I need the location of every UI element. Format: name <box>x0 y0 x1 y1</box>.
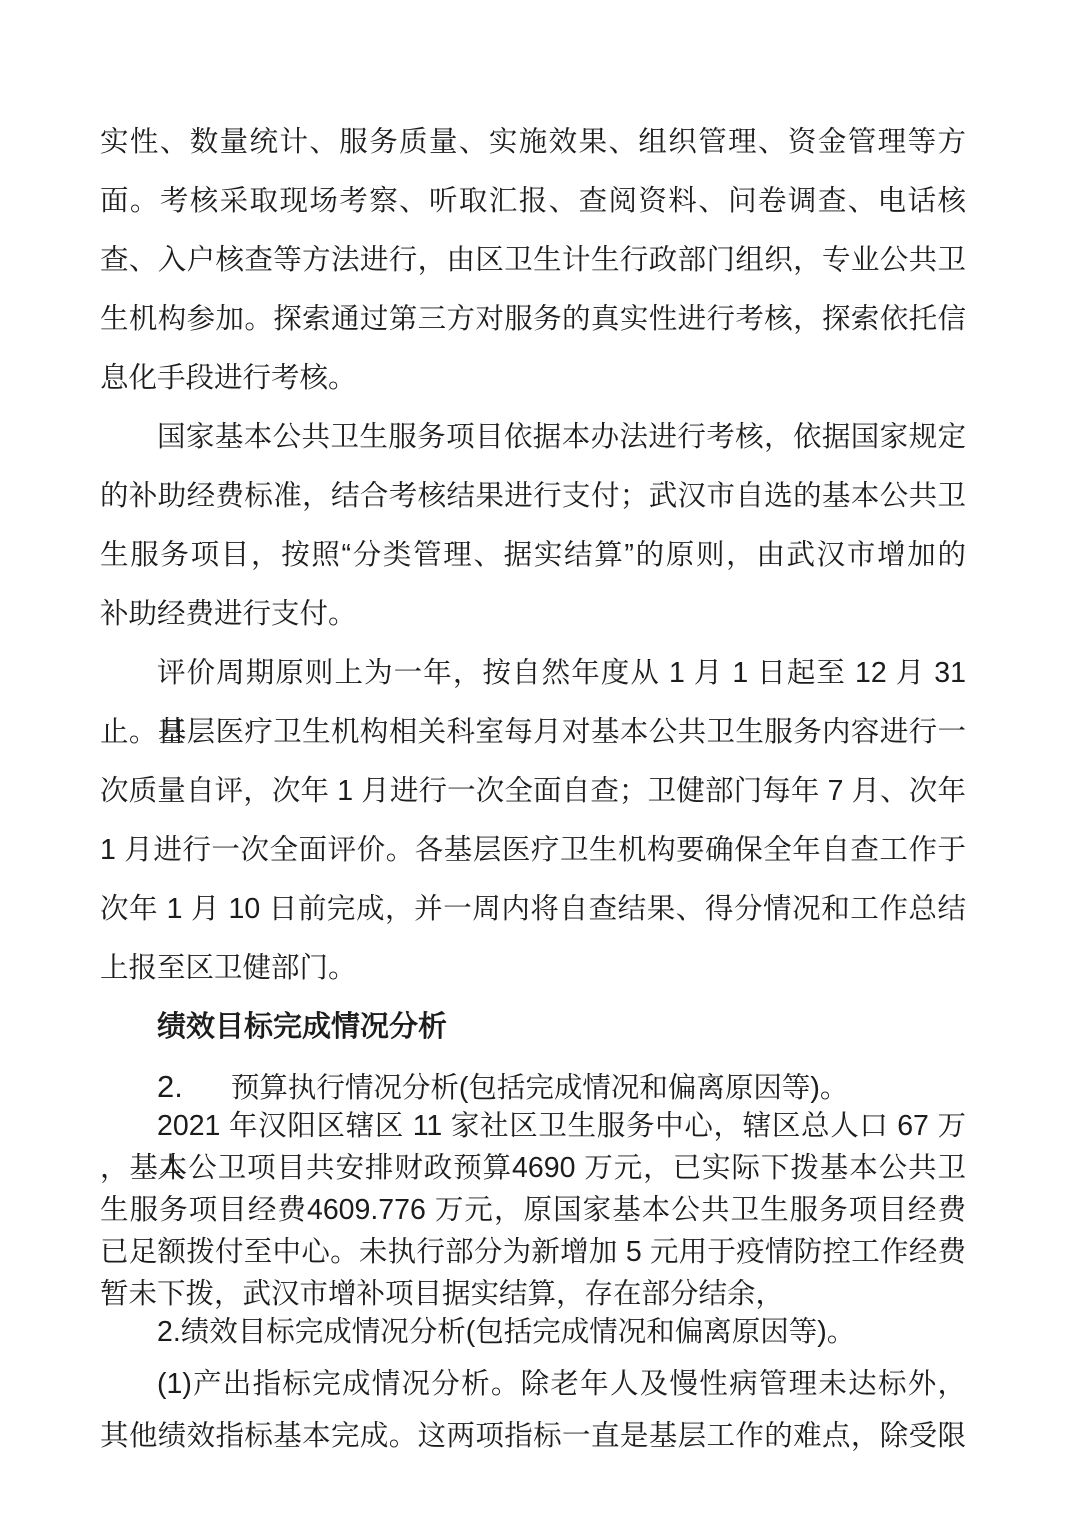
performance-target-section: 2.绩效目标完成情况分析(包括完成情况和偏离原因等)。(1)产出指标完成情况分析… <box>100 1306 966 1462</box>
text-line: 息化手段进行考核。 <box>100 349 966 408</box>
text-line: 1 月进行一次全面评价。各基层医疗卫生机构要确保全年自查工作于 <box>100 821 966 880</box>
budget-execution-section: 2021 年汉阳区辖区 11 家社区卫生服务中心，辖区总人口 67 万人，基本公… <box>100 1105 966 1315</box>
text-line: 生服务项目经费4609.776 万元，原国家基本公共卫生服务项目经费 <box>100 1189 966 1231</box>
text-line: 实性、数量统计、服务质量、实施效果、组织管理、资金管理等方 <box>100 113 966 172</box>
text-line: 已足额拨付至中心。未执行部分为新增加 5 元用于疫情防控工作经费 <box>100 1231 966 1273</box>
text-line: 生服务项目，按照“分类管理、据实结算”的原则，由武汉市增加的 <box>100 526 966 585</box>
text-line: (1)产出指标完成情况分析。除老年人及慢性病管理未达标外， <box>100 1358 966 1410</box>
text-line: 次质量自评，次年 1 月进行一次全面自查；卫健部门每年 7 月、次年 <box>100 762 966 821</box>
text-line: 次年 1 月 10 日前完成，并一周内将自查结果、得分情况和工作总结 <box>100 880 966 939</box>
text-line: 的补助经费标准，结合考核结果进行支付；武汉市自选的基本公共卫 <box>100 467 966 526</box>
text-line: 评价周期原则上为一年，按自然年度从 1 月 1 日起至 12 月 31 日 <box>100 644 966 703</box>
text-line: 其他绩效指标基本完成。这两项指标一直是基层工作的难点，除受限 <box>100 1410 966 1462</box>
text-line: 2.绩效目标完成情况分析(包括完成情况和偏离原因等)。 <box>100 1306 966 1358</box>
text-line: 止。基层医疗卫生机构相关科室每月对基本公共卫生服务内容进行一 <box>100 703 966 762</box>
text-line: 面。考核采取现场考察、听取汇报、查阅资料、问卷调查、电话核 <box>100 172 966 231</box>
text-line: ，基本公卫项目共安排财政预算4690 万元，已实际下拨基本公共卫 <box>100 1147 966 1189</box>
text-line: 2021 年汉阳区辖区 11 家社区卫生服务中心，辖区总人口 67 万人 <box>100 1105 966 1147</box>
text-line: 查、入户核查等方法进行，由区卫生计生行政部门组织，专业公共卫 <box>100 231 966 290</box>
section-heading: 绩效目标完成情况分析 <box>100 998 966 1057</box>
assessment-method-section: 实性、数量统计、服务质量、实施效果、组织管理、资金管理等方面。考核采取现场考察、… <box>100 113 966 1116</box>
text-line: 生机构参加。探索通过第三方对服务的真实性进行考核，探索依托信 <box>100 290 966 349</box>
text-line: 上报至区卫健部门。 <box>100 939 966 998</box>
text-line: 补助经费进行支付。 <box>100 585 966 644</box>
text-line: 国家基本公共卫生服务项目依据本办法进行考核，依据国家规定 <box>100 408 966 467</box>
document-page: 实性、数量统计、服务质量、实施效果、组织管理、资金管理等方面。考核采取现场考察、… <box>0 0 1074 1518</box>
